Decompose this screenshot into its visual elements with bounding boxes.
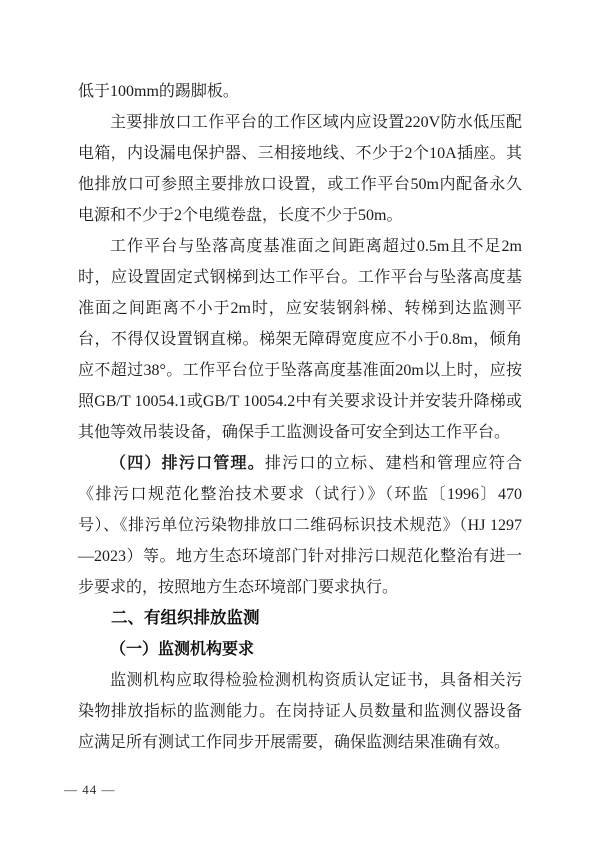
paragraph-power-supply: 主要排放口工作平台的工作区域内应设置220V防水低压配电箱，内设漏电保护器、三相… bbox=[78, 107, 522, 231]
subsection-heading-monitoring-agency-requirements: （一）监测机构要求 bbox=[78, 634, 522, 665]
document-page: 低于100mm的踢脚板。 主要排放口工作平台的工作区域内应设置220V防水低压配… bbox=[0, 0, 600, 848]
paragraph-kickplate: 低于100mm的踢脚板。 bbox=[78, 76, 522, 107]
paragraph-monitoring-agency: 监测机构应取得检验检测机构资质认定证书，具备相关污染物排放指标的监测能力。在岗持… bbox=[78, 665, 522, 758]
page-number: — 44 — bbox=[64, 782, 116, 797]
page-footer: — 44 — bbox=[64, 781, 116, 799]
paragraph-ladder-requirements: 工作平台与坠落高度基准面之间距离超过0.5m且不足2m时，应设置固定式钢梯到达工… bbox=[78, 231, 522, 448]
document-body: 低于100mm的踢脚板。 主要排放口工作平台的工作区域内应设置220V防水低压配… bbox=[78, 76, 522, 758]
paragraph-outlet-lead: （四）排污口管理。 bbox=[110, 455, 265, 472]
section-heading-organized-emission-monitoring: 二、有组织排放监测 bbox=[78, 603, 522, 634]
paragraph-outlet-body: 排污口的立标、建档和管理应符合《排污口规范化整治技术要求（试行）》（环监〔199… bbox=[78, 455, 522, 596]
paragraph-outlet-management: （四）排污口管理。排污口的立标、建档和管理应符合《排污口规范化整治技术要求（试行… bbox=[78, 448, 522, 603]
